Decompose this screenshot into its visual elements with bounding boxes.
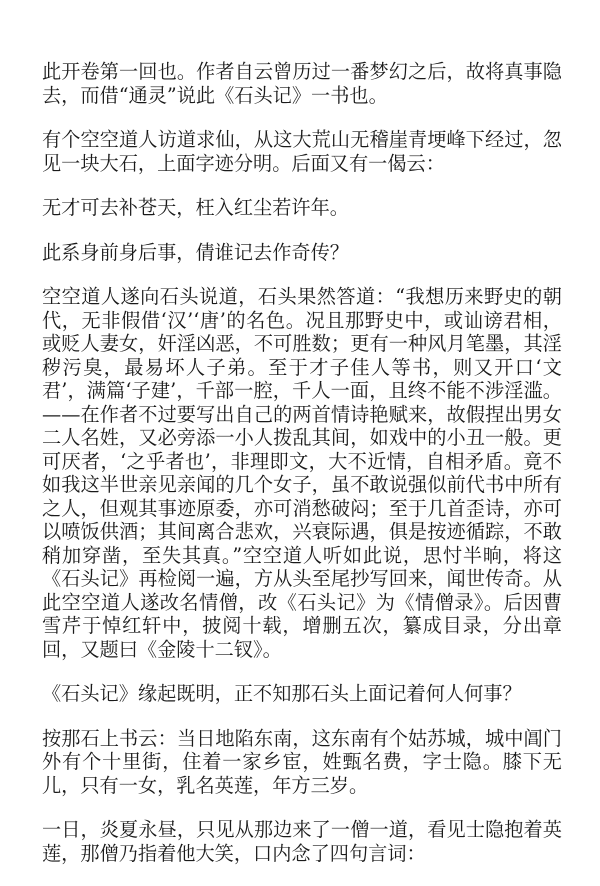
paragraph-taoist-visit: 有个空空道人访道求仙，从这大荒山无稽崖青埂峰下经过，忽见一块大石，上面字迹分明。…	[42, 128, 562, 175]
document-body: 此开卷第一回也。作者自云曾历过一番梦幻之后，故将真事隐去，而借“通灵”说此《石头…	[42, 60, 562, 800]
paragraph-intro: 此开卷第一回也。作者自云曾历过一番梦幻之后，故将真事隐去，而借“通灵”说此《石头…	[42, 60, 562, 107]
paragraph-stone-reply: 空空道人遂向石头说道，石头果然答道：“我想历来野史的朝代，无非假借‘汉’‘唐’的…	[42, 285, 562, 661]
paragraph-verse-line-1: 无才可去补苍天，枉入红尘若许年。	[42, 196, 562, 220]
paragraph-verse-line-2: 此系身前身后事，倩谁记去作奇传？	[42, 241, 562, 265]
paragraph-gusu-city: 按那石上书云：当日地陷东南，这东南有个姑苏城，城中阊门外有个十里街，住着一家乡宦…	[42, 727, 562, 798]
paragraph-origin-question: 《石头记》缘起既明，正不知那石头上面记着何人何事？	[42, 682, 562, 706]
